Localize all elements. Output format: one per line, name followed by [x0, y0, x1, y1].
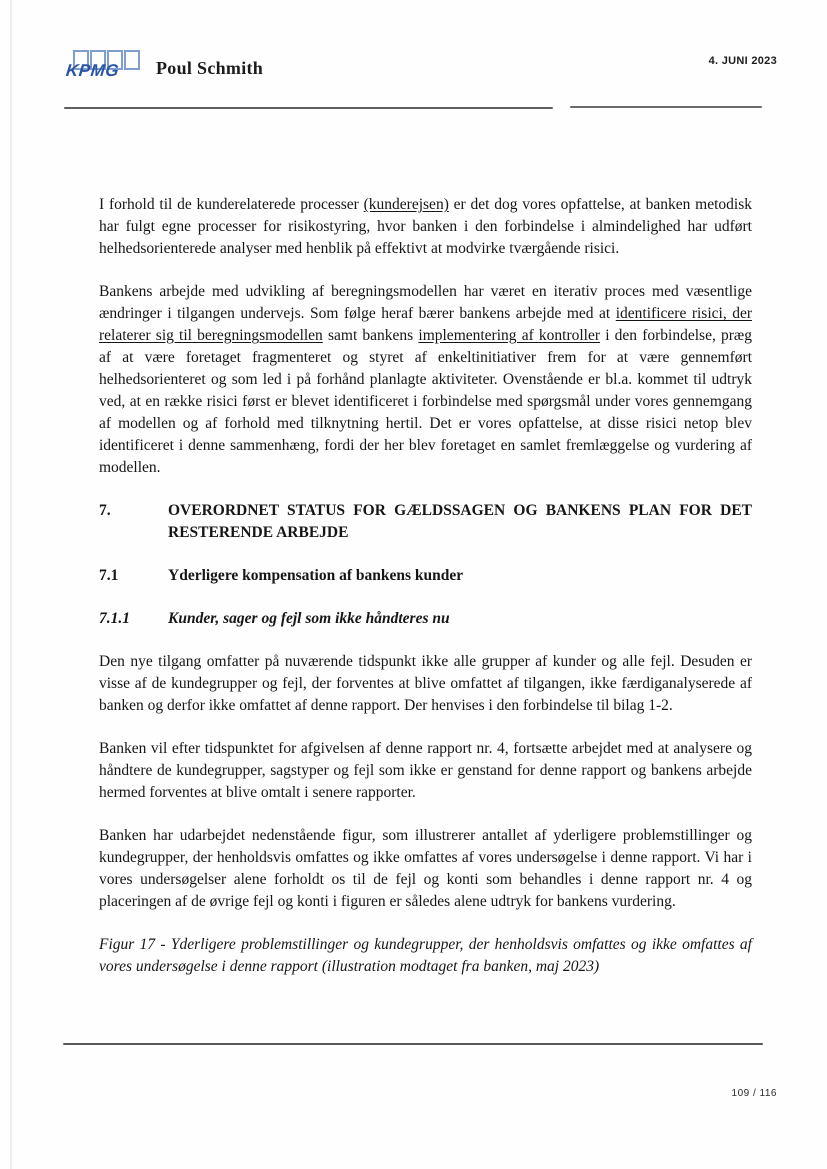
text-run: Banken har udarbejdet nedenstående figur… [99, 827, 752, 910]
brand-name: Poul Schmith [156, 58, 263, 79]
text-run: samt bankens [323, 327, 419, 344]
text-run: I forhold til de kunderelaterede process… [99, 196, 364, 213]
paragraph: Den nye tilgang omfatter på nuværende ti… [99, 651, 752, 717]
heading-number: 7. [99, 500, 168, 544]
paragraph: Banken har udarbejdet nedenstående figur… [99, 825, 752, 913]
kpmg-logo-box-icon [124, 50, 140, 70]
section-heading-7-1: 7.1 Yderligere kompensation af bankens k… [99, 565, 752, 587]
kpmg-logo: KPMG [66, 48, 146, 88]
paragraph: I forhold til de kunderelaterede process… [99, 194, 752, 260]
paragraph: Banken vil efter tidspunktet for afgivel… [99, 738, 752, 804]
heading-text: Kunder, sager og fejl som ikke håndteres… [168, 608, 752, 630]
header-rule-left [64, 107, 553, 109]
paragraph: Bankens arbejde med udvikling af beregni… [99, 281, 752, 479]
header-rule-right [570, 106, 762, 108]
heading-number: 7.1.1 [99, 608, 168, 630]
footer-rule [63, 1043, 763, 1045]
document-body: I forhold til de kunderelaterede process… [99, 194, 752, 999]
section-heading-7: 7. OVERORDNET STATUS FOR GÆLDSSAGEN OG B… [99, 500, 752, 544]
heading-text: OVERORDNET STATUS FOR GÆLDSSAGEN OG BANK… [168, 500, 752, 544]
heading-number: 7.1 [99, 565, 168, 587]
figure-caption: Figur 17 - Yderligere problemstillinger … [99, 934, 752, 978]
section-heading-7-1-1: 7.1.1 Kunder, sager og fejl som ikke hån… [99, 608, 752, 630]
text-run: Banken vil efter tidspunktet for afgivel… [99, 740, 752, 801]
text-run: Den nye tilgang omfatter på nuværende ti… [99, 653, 752, 714]
heading-text: Yderligere kompensation af bankens kunde… [168, 565, 752, 587]
page-number: 109 / 116 [732, 1088, 777, 1099]
scan-artifact-line [10, 0, 12, 1169]
text-run: i den forbindelse, præg af at være foret… [99, 327, 752, 476]
underlined-text: (kunderejsen) [364, 196, 449, 213]
underlined-text: implementering af kontroller [418, 327, 600, 344]
header-date: 4. JUNI 2023 [709, 55, 777, 67]
kpmg-logo-text: KPMG [65, 61, 120, 81]
